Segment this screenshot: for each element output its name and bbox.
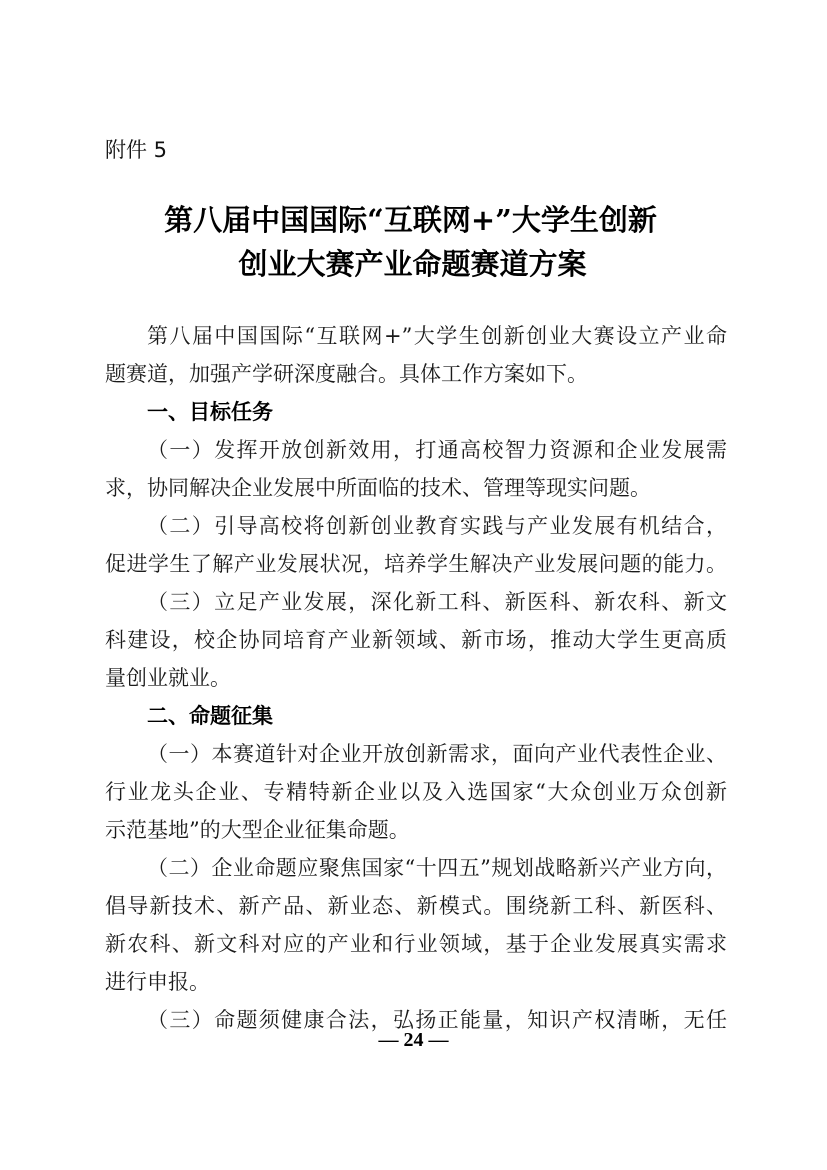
paragraph-line: 促进学生了解产业发展状况，培养学生解决产业发展问题的能力。 xyxy=(105,550,727,578)
paragraph-line: （三）立足产业发展，深化新工科、新医科、新农科、新文 xyxy=(147,588,727,616)
document-title-line-2: 创业大赛产业命题赛道方案 xyxy=(0,242,826,286)
section-heading: 二、命题征集 xyxy=(147,702,273,730)
paragraph-line: 第八届中国国际“互联网+”大学生创新创业大赛设立产业命 xyxy=(147,322,727,350)
paragraph-line: （一）本赛道针对企业开放创新需求，面向产业代表性企业、 xyxy=(147,740,727,768)
paragraph-line: 进行申报。 xyxy=(105,968,727,996)
attachment-label: 附件 5 xyxy=(105,136,167,164)
paragraph-line: 行业龙头企业、专精特新企业以及入选国家“大众创业万众创新 xyxy=(105,778,727,806)
paragraph-line: 示范基地”的大型企业征集命题。 xyxy=(105,816,727,844)
paragraph-line: 求，协同解决企业发展中所面临的技术、管理等现实问题。 xyxy=(105,474,727,502)
paragraph-line: 题赛道，加强产学研深度融合。具体工作方案如下。 xyxy=(105,360,727,388)
section-heading: 一、目标任务 xyxy=(147,398,273,426)
paragraph-line: （二）企业命题应聚焦国家“十四五”规划战略新兴产业方向， xyxy=(147,854,727,882)
paragraph-line: 新农科、新文科对应的产业和行业领域，基于企业发展真实需求 xyxy=(105,930,727,958)
paragraph-line: 量创业就业。 xyxy=(105,664,727,692)
paragraph-line: 倡导新技术、新产品、新业态、新模式。围绕新工科、新医科、 xyxy=(105,892,727,920)
page-number: — 24 — xyxy=(0,1027,827,1053)
paragraph-line: （一）发挥开放创新效用，打通高校智力资源和企业发展需 xyxy=(147,436,727,464)
paragraph-line: 科建设，校企协同培育产业新领域、新市场，推动大学生更高质 xyxy=(105,626,727,654)
document-title-line-1: 第八届中国国际“互联网+”大学生创新 xyxy=(0,198,824,242)
paragraph-line: （二）引导高校将创新创业教育实践与产业发展有机结合， xyxy=(147,512,727,540)
document-page: 附件 5 第八届中国国际“互联网+”大学生创新 创业大赛产业命题赛道方案 第八届… xyxy=(0,0,827,1170)
